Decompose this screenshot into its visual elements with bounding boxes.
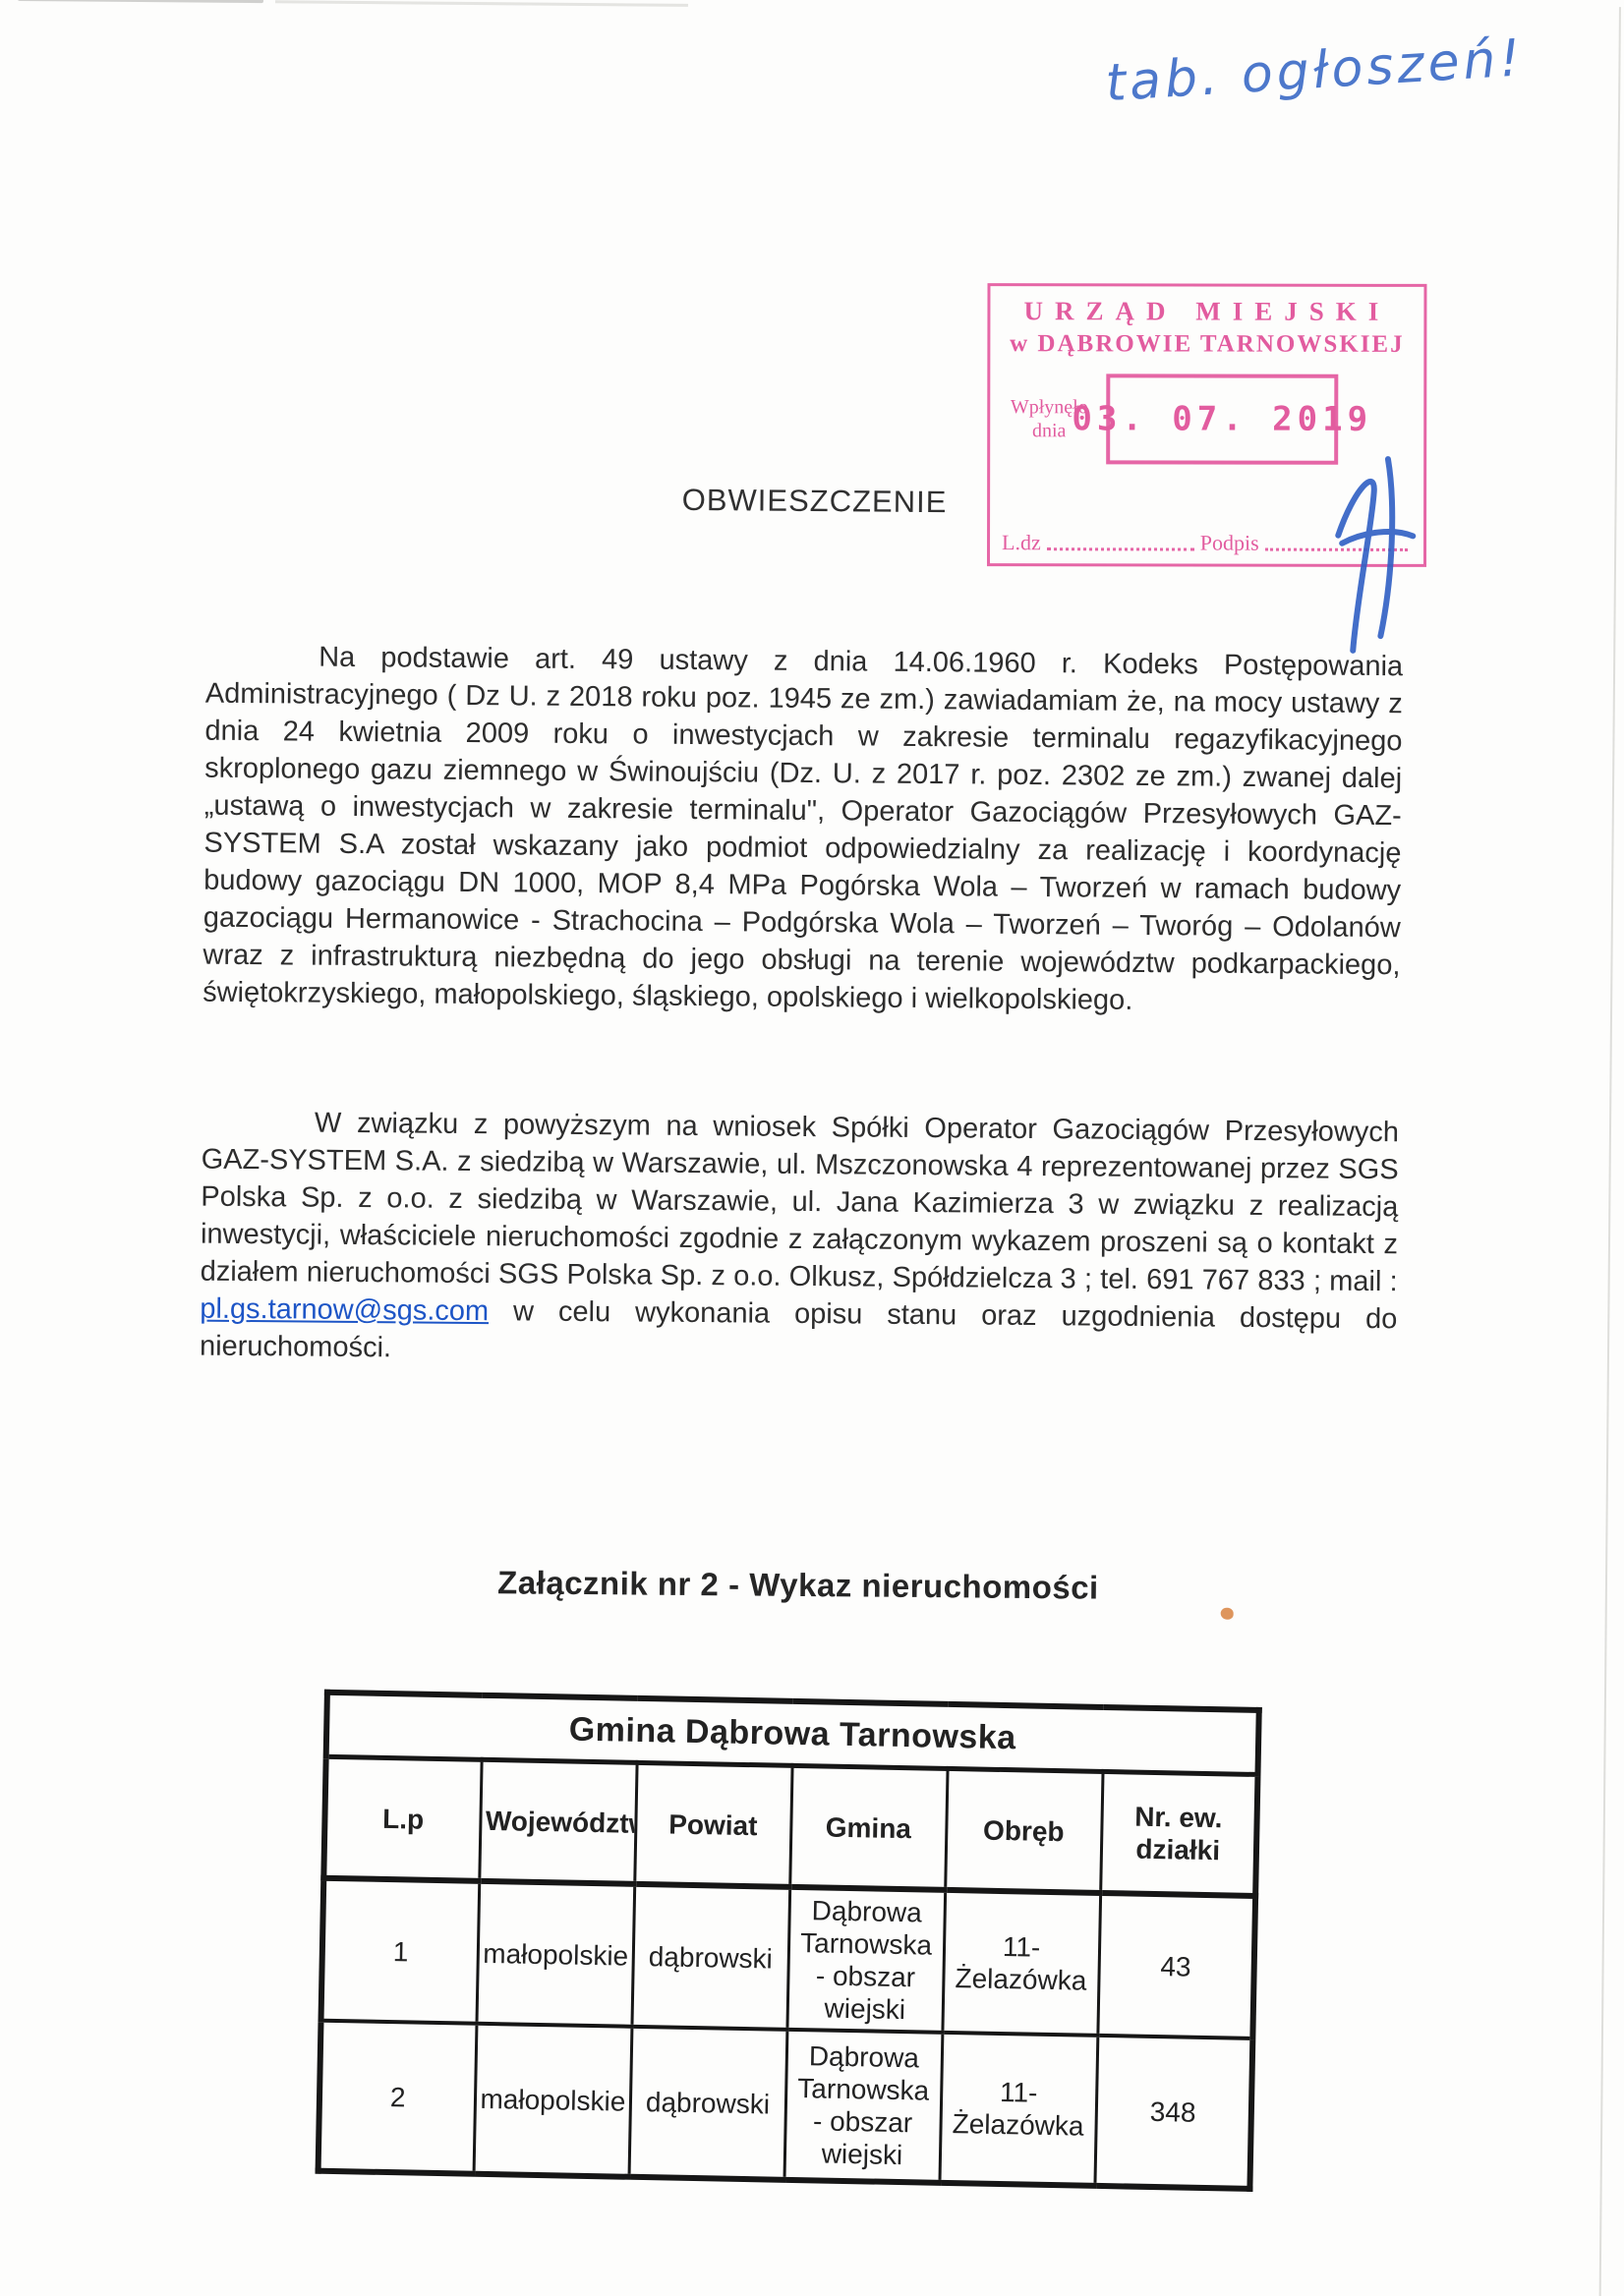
cell-gmina: Dąbrowa Tarnowska - obszar wiejski bbox=[786, 1887, 945, 2033]
cell-wojewodztwo: małopolskie bbox=[474, 2024, 632, 2177]
red-ink-dot bbox=[1221, 1608, 1234, 1620]
stamp-date-value: 03. 07. 2019 bbox=[1072, 399, 1372, 439]
table-row: 1 małopolskie dąbrowski Dąbrowa Tarnowsk… bbox=[321, 1878, 1256, 2038]
cell-gmina: Dąbrowa Tarnowska - obszar wiejski bbox=[783, 2030, 942, 2183]
cell-powiat: dąbrowski bbox=[631, 1884, 789, 2030]
header-lp: L.p bbox=[323, 1756, 481, 1881]
scan-artifact-top-2 bbox=[275, 0, 688, 7]
header-powiat: Powiat bbox=[634, 1762, 791, 1887]
header-nr-dzialki: Nr. ew. działki bbox=[1100, 1771, 1257, 1896]
property-list-table: Gmina Dąbrowa Tarnowska L.p Województwo … bbox=[316, 1690, 1262, 2192]
header-gmina: Gmina bbox=[789, 1765, 947, 1890]
cell-obreb: 11-Żelazówka bbox=[942, 1890, 1100, 2036]
scan-artifact-right-edge bbox=[1599, 7, 1621, 2296]
stamp-ldz-label: L.dz bbox=[1002, 530, 1041, 555]
header-obreb: Obręb bbox=[945, 1768, 1102, 1893]
cell-lp: 2 bbox=[319, 2021, 477, 2174]
cell-wojewodztwo: małopolskie bbox=[476, 1881, 634, 2027]
paragraph-legal-basis: Na podstawie art. 49 ustawy z dnia 14.06… bbox=[203, 638, 1403, 1022]
stamp-ldz-dotted-line bbox=[1047, 546, 1194, 550]
document-title: OBWIESZCZENIE bbox=[487, 481, 1141, 522]
attachment-heading: Załącznik nr 2 - Wykaz nieruchomości bbox=[0, 1560, 1610, 1611]
email-link[interactable]: pl.gs.tarnow@sgs.com bbox=[200, 1293, 489, 1328]
signature-ink bbox=[1323, 449, 1423, 661]
stamp-podpis-label: Podpis bbox=[1200, 531, 1259, 556]
stamp-office-location: w DĄBROWIE TARNOWSKIEJ bbox=[990, 330, 1423, 359]
cell-nr-dzialki: 43 bbox=[1097, 1893, 1255, 2038]
cell-powiat: dąbrowski bbox=[629, 2027, 787, 2180]
scan-artifact-top bbox=[18, 0, 263, 3]
paragraph-contact-text-before: W związku z powyższym na wniosek Spółki … bbox=[201, 1108, 1400, 1298]
header-wojewodztwo: Województwo bbox=[479, 1759, 636, 1884]
handwritten-note: tab. ogłoszeń! bbox=[1104, 29, 1520, 114]
cell-nr-dzialki: 348 bbox=[1094, 2036, 1252, 2189]
paragraph-contact-info: W związku z powyższym na wniosek Spółki … bbox=[200, 1104, 1399, 1376]
stamp-office-name: URZĄD MIEJSKI bbox=[990, 296, 1423, 327]
table-header-row: L.p Województwo Powiat Gmina Obręb Nr. e… bbox=[323, 1756, 1257, 1896]
cell-lp: 1 bbox=[321, 1878, 480, 2024]
scanned-document-page: tab. ogłoszeń! URZĄD MIEJSKI w DĄBROWIE … bbox=[0, 0, 1624, 2296]
stamp-date-box: 03. 07. 2019 bbox=[1106, 373, 1338, 464]
table-row: 2 małopolskie dąbrowski Dąbrowa Tarnowsk… bbox=[319, 2021, 1253, 2189]
scan-content: tab. ogłoszeń! URZĄD MIEJSKI w DĄBROWIE … bbox=[0, 0, 1624, 2296]
cell-obreb: 11-Żelazówka bbox=[939, 2033, 1097, 2186]
